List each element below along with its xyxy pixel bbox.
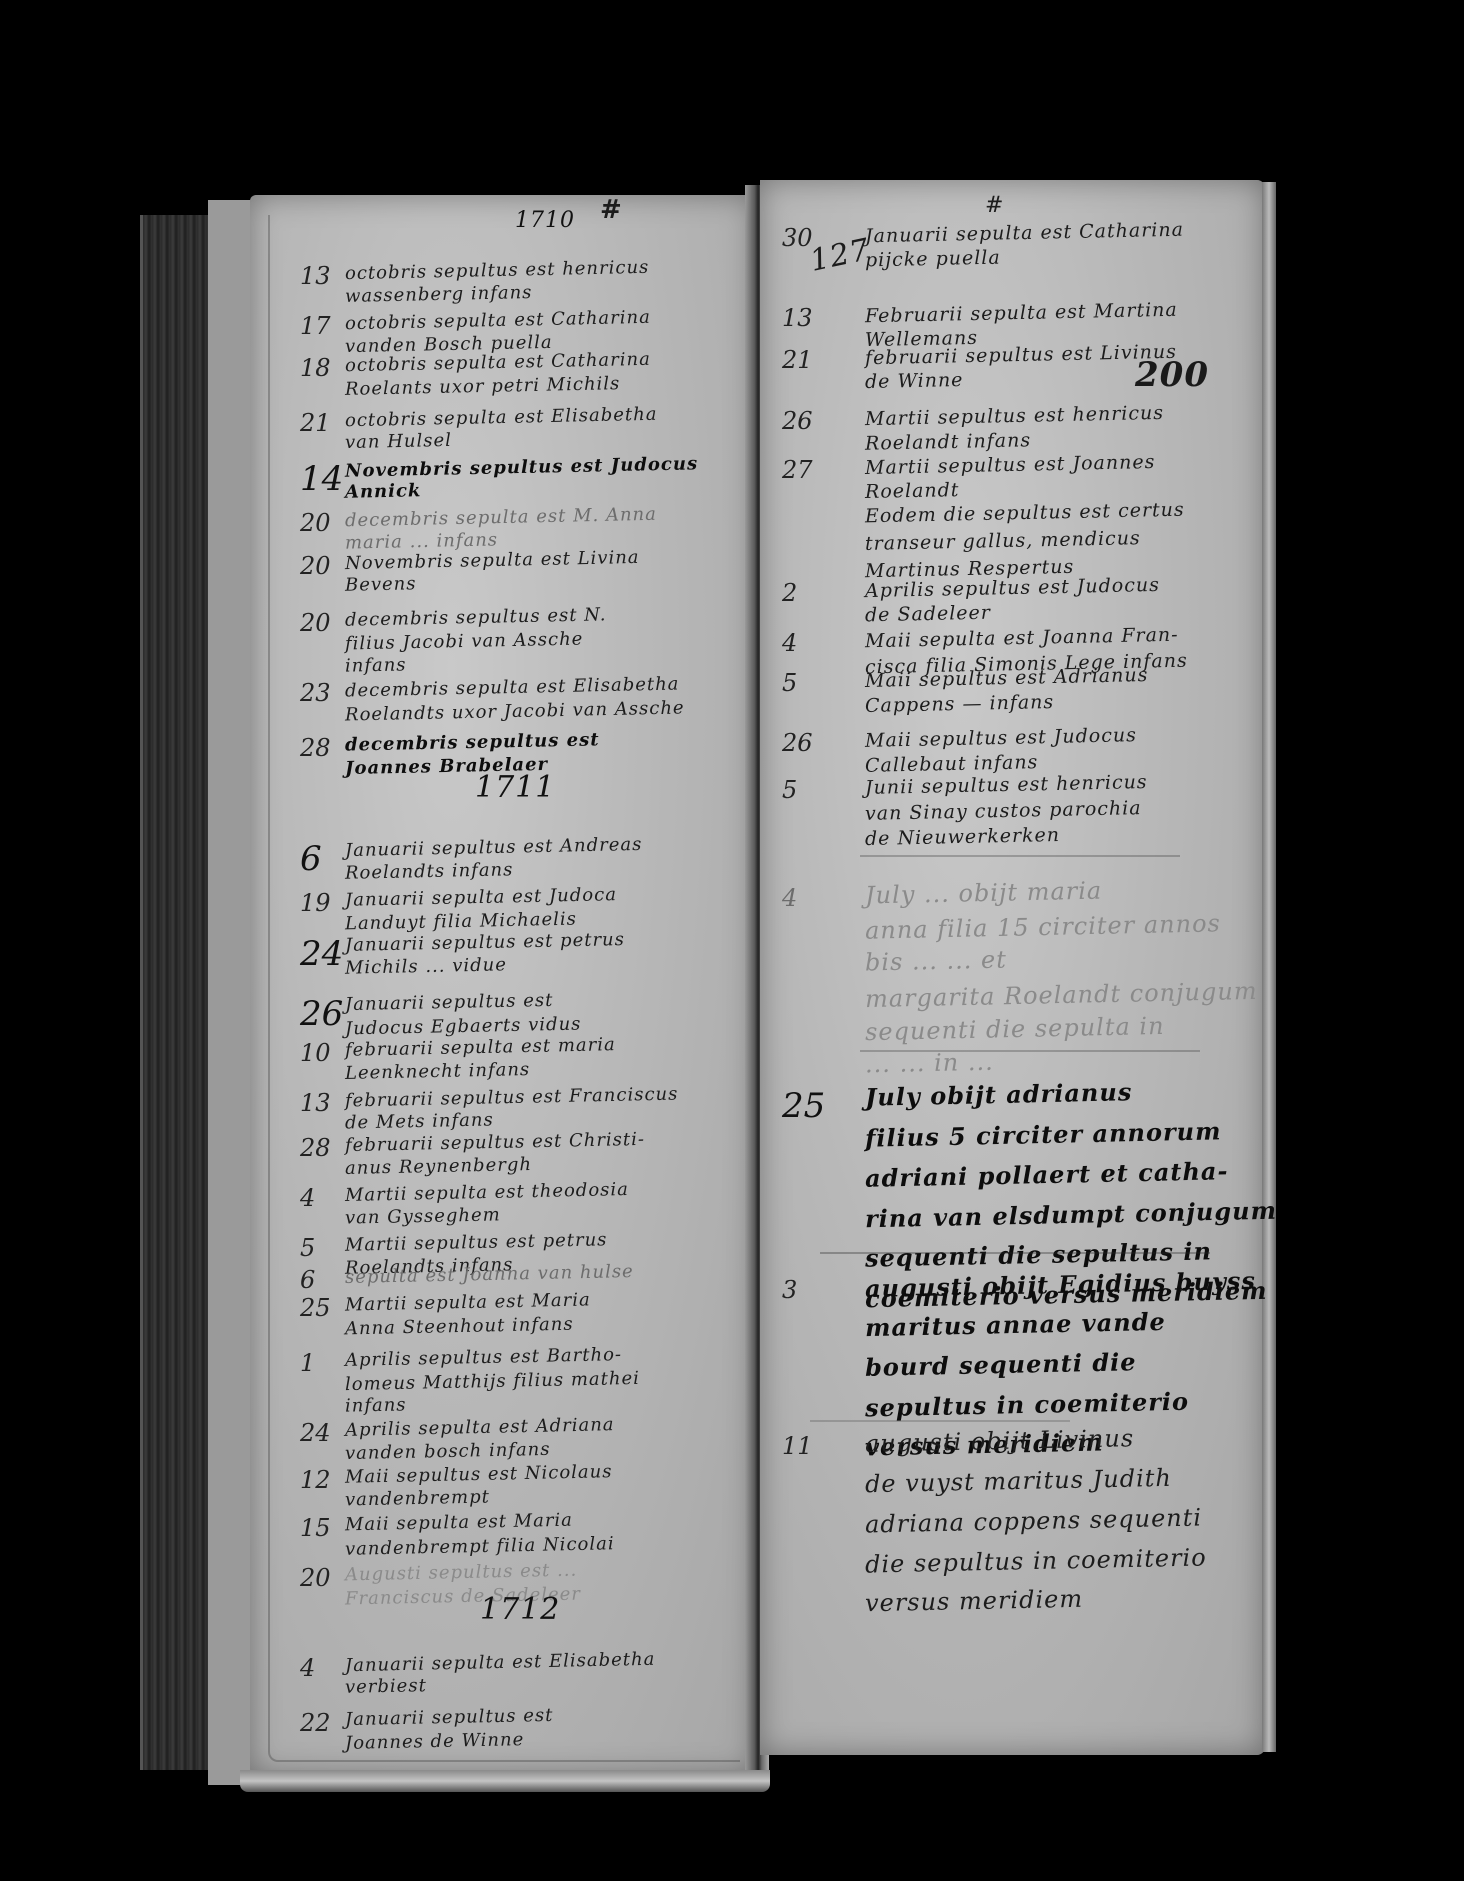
entry-date: 24 (300, 1419, 331, 1447)
entry-date: 13 (782, 304, 813, 332)
entry-line: anus Reynenbergh (345, 1152, 532, 1182)
entry-date: 20 (300, 609, 331, 637)
book-bottom-edge (240, 1770, 770, 1792)
entry-date: 4 (782, 884, 797, 912)
entry-line: de vuyst maritus Judith (865, 1465, 1172, 1497)
entry-date: 12 (300, 1466, 331, 1494)
entry-date: 5 (782, 776, 797, 804)
entry-date: 6 (300, 1266, 315, 1294)
entry-line: Bevens (345, 571, 417, 598)
divider-rule (820, 1252, 1210, 1254)
entry-line: wassenberg infans (345, 280, 533, 310)
entry-date: 26 (300, 994, 343, 1034)
entry-line: Annick (345, 478, 422, 506)
entry-line: maritus annae vande (865, 1309, 1166, 1341)
entry-line: infans (345, 1392, 407, 1419)
entry-date: 6 (300, 839, 322, 879)
divider-rule (860, 1050, 1200, 1052)
entry-date: 5 (782, 669, 797, 697)
entry-line: Joannes de Winne (345, 1727, 525, 1757)
entry-date: 13 (300, 262, 331, 290)
entry-line: de Nieuwerkerken (865, 822, 1061, 852)
entry-date: 28 (300, 1134, 331, 1162)
right-top-mark: # (985, 193, 1004, 218)
entry-date: 15 (300, 1514, 331, 1542)
entry-line: July ... obijt maria (865, 878, 1103, 909)
entry-date: 4 (300, 1654, 315, 1682)
entry-line: verbiest (345, 1673, 427, 1701)
entry-line: van Gysseghem (345, 1202, 501, 1231)
entry-date: 20 (300, 1564, 331, 1592)
entry-date: 23 (300, 679, 331, 707)
entry-date: 4 (782, 629, 797, 657)
entry-date: 21 (782, 346, 813, 374)
entry-date: 21 (300, 409, 331, 437)
entry-line: sequenti die sepulta in (865, 1013, 1165, 1045)
entry-date: 25 (782, 1086, 825, 1126)
entry-date: 26 (782, 407, 813, 435)
entry-line: augusti obijt Livinus (865, 1425, 1135, 1457)
entry-date: 14 (300, 459, 343, 499)
entry-date: 3 (782, 1276, 797, 1304)
entry-line: July obijt adrianus (865, 1079, 1133, 1111)
entry-line: infans (345, 652, 407, 679)
entry-date: 28 (300, 734, 331, 762)
entry-date: 18 (300, 354, 331, 382)
entry-date: 22 (300, 1709, 331, 1737)
entry-line: Cappens — infans (865, 689, 1055, 719)
entry-date: 24 (300, 934, 343, 974)
right-page-edge (1262, 182, 1276, 1752)
year-header-1712: 1712 (480, 1592, 560, 1627)
entry-line: versus meridiem (865, 1586, 1084, 1617)
year-header-1710: 1710 (515, 208, 575, 233)
entry-line: Leenknecht infans (345, 1057, 531, 1087)
entry-line: bourd sequenti die (865, 1349, 1137, 1381)
entry-date: 20 (300, 552, 331, 580)
entry-date: 1 (300, 1349, 315, 1377)
entry-date: 25 (300, 1294, 331, 1322)
entry-date: 4 (300, 1184, 315, 1212)
entry-line: ... ... in ... (865, 1049, 994, 1078)
left-top-mark: # (600, 195, 623, 225)
entry-line: Michils ... vidue (345, 952, 507, 981)
entry-line: de Winne (865, 367, 964, 395)
left-leaf-edge (208, 200, 256, 1785)
entry-date: 2 (782, 579, 797, 607)
entry-line: sepultus in coemiterio (865, 1389, 1189, 1422)
divider-rule (860, 855, 1180, 857)
entry-date: 11 (782, 1432, 813, 1460)
entry-line: de Sadeleer (865, 600, 991, 629)
entry-date: 10 (300, 1039, 331, 1067)
entry-line: pijcke puella (865, 245, 1001, 274)
entry-date: 13 (300, 1089, 331, 1117)
entry-date: 20 (300, 509, 331, 537)
page-number: 200 (1135, 355, 1209, 395)
entry-line: bis ... ... et (865, 947, 1007, 976)
entry-line: van Hulsel (345, 428, 452, 456)
entry-date: 26 (782, 729, 813, 757)
entry-line: Anna Steenhout infans (345, 1312, 574, 1343)
year-header-1711: 1711 (475, 770, 555, 805)
entry-date: 17 (300, 312, 331, 340)
entry-date: 27 (782, 456, 813, 484)
entry-date: 19 (300, 889, 331, 917)
divider-rule (810, 1420, 1070, 1422)
entry-line: Roelandts infans (345, 857, 514, 887)
entry-date: 5 (300, 1234, 315, 1262)
